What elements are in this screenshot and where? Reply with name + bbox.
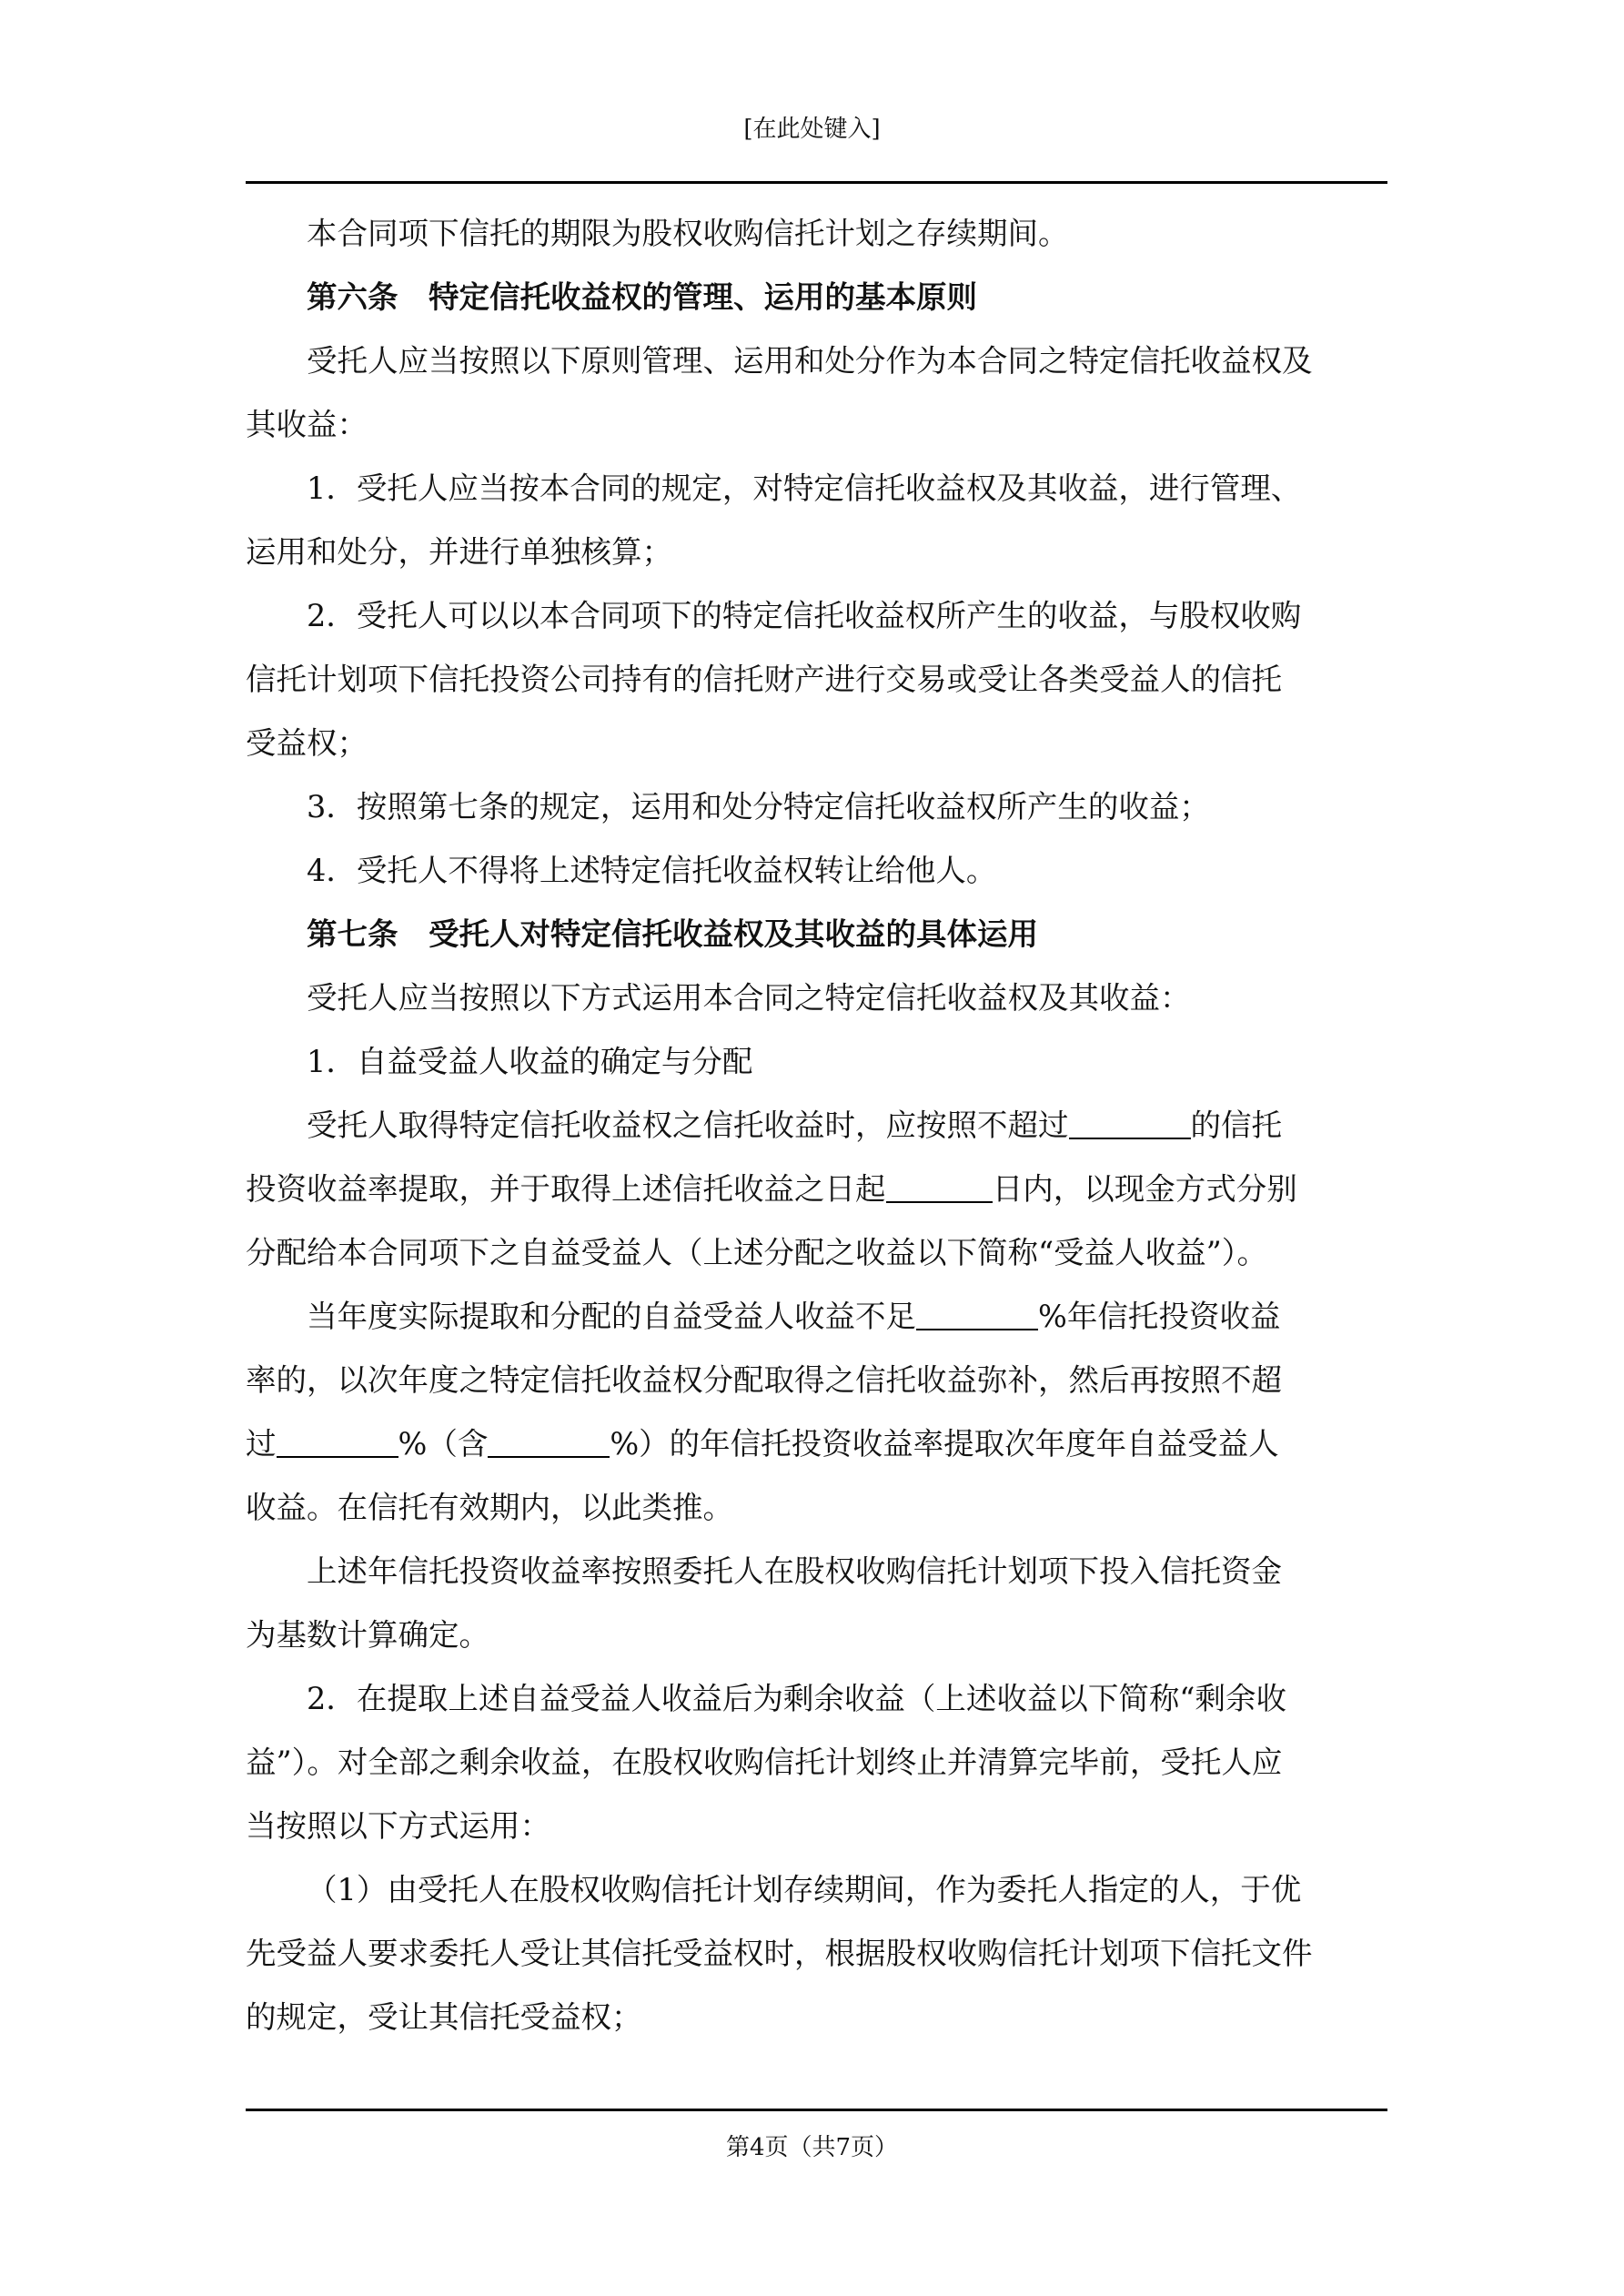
document-body: 本合同项下信托的期限为股权收购信托计划之存续期间。第六条 特定信托收益权的管理、… (246, 202, 1387, 2049)
text-line: 本合同项下信托的期限为股权收购信托计划之存续期间。 (246, 202, 1387, 266)
text-line: 受托人应当按照以下方式运用本合同之特定信托收益权及其收益： (246, 966, 1387, 1030)
paragraph: 3．按照第七条的规定，运用和处分特定信托收益权所产生的收益； (246, 775, 1387, 839)
text-line: 当年度实际提取和分配的自益受益人收益不足%年信托投资收益 (246, 1285, 1387, 1349)
article-heading: 第六条 特定信托收益权的管理、运用的基本原则 (246, 266, 1387, 329)
paragraph: （1）由受托人在股权收购信托计划存续期间，作为委托人指定的人，于优先受益人要求委… (246, 1858, 1387, 2049)
paragraph: 上述年信托投资收益率按照委托人在股权收购信托计划项下投入信托资金为基数计算确定。 (246, 1540, 1387, 1667)
paragraph: 当年度实际提取和分配的自益受益人收益不足%年信托投资收益率的，以次年度之特定信托… (246, 1285, 1387, 1540)
text-line: 当按照以下方式运用： (185, 1795, 1387, 1858)
text-line: 投资收益率提取，并于取得上述信托收益之日起日内，以现金方式分别 (185, 1158, 1387, 1221)
paragraph: 1．受托人应当按本合同的规定，对特定信托收益权及其收益，进行管理、运用和处分，并… (246, 457, 1387, 584)
paragraph: 受托人应当按照以下方式运用本合同之特定信托收益权及其收益： (246, 966, 1387, 1030)
fill-in-blank[interactable] (488, 1426, 610, 1459)
text-line: 为基数计算确定。 (185, 1603, 1387, 1667)
text-line: 受托人取得特定信托收益权之信托收益时，应按照不超过的信托 (246, 1094, 1387, 1158)
text-line: 第六条 特定信托收益权的管理、运用的基本原则 (246, 266, 1387, 329)
text-line: 的规定，受让其信托受益权； (185, 1986, 1387, 2049)
text-line: 2．受托人可以以本合同项下的特定信托收益权所产生的收益，与股权收购 (246, 584, 1387, 648)
text-line: 先受益人要求委托人受让其信托受益权时，根据股权收购信托计划项下信托文件 (185, 1922, 1387, 1986)
footer-divider (246, 2109, 1387, 2111)
paragraph: 受托人应当按照以下原则管理、运用和处分作为本合同之特定信托收益权及其收益： (246, 329, 1387, 457)
paragraph: 2．在提取上述自益受益人收益后为剩余收益（上述收益以下简称“剩余收益”）。对全部… (246, 1667, 1387, 1858)
fill-in-blank[interactable] (886, 1171, 993, 1204)
text-line: 1．受托人应当按本合同的规定，对特定信托收益权及其收益，进行管理、 (246, 457, 1387, 521)
text-line: 3．按照第七条的规定，运用和处分特定信托收益权所产生的收益； (246, 775, 1387, 839)
paragraph: 本合同项下信托的期限为股权收购信托计划之存续期间。 (246, 202, 1387, 266)
text-line: 分配给本合同项下之自益受益人（上述分配之收益以下简称“受益人收益”）。 (185, 1221, 1387, 1285)
page-number: 第4页（共7页） (0, 2129, 1624, 2166)
text-line: 信托计划项下信托投资公司持有的信托财产进行交易或受让各类受益人的信托 (185, 648, 1387, 712)
text-line: 过%（含%）的年信托投资收益率提取次年度年自益受益人 (185, 1412, 1387, 1476)
text-line: 受益权； (185, 712, 1387, 775)
text-line: 受托人应当按照以下原则管理、运用和处分作为本合同之特定信托收益权及 (246, 329, 1387, 393)
text-line: 1．自益受益人收益的确定与分配 (246, 1030, 1387, 1094)
text-line: 4．受托人不得将上述特定信托收益权转让给他人。 (246, 839, 1387, 903)
text-line: 收益。在信托有效期内，以此类推。 (185, 1476, 1387, 1540)
header-divider (246, 181, 1387, 184)
fill-in-blank[interactable] (277, 1426, 398, 1459)
text-line: 上述年信托投资收益率按照委托人在股权收购信托计划项下投入信托资金 (246, 1540, 1387, 1603)
paragraph: 受托人取得特定信托收益权之信托收益时，应按照不超过的信托投资收益率提取，并于取得… (246, 1094, 1387, 1285)
article-heading: 第七条 受托人对特定信托收益权及其收益的具体运用 (246, 903, 1387, 966)
fill-in-blank[interactable] (1069, 1108, 1191, 1140)
paragraph: 1．自益受益人收益的确定与分配 (246, 1030, 1387, 1094)
text-line: 率的，以次年度之特定信托收益权分配取得之信托收益弥补，然后再按照不超 (185, 1349, 1387, 1412)
text-line: 其收益： (185, 393, 1387, 457)
paragraph: 4．受托人不得将上述特定信托收益权转让给他人。 (246, 839, 1387, 903)
page-header: [在此处键入] (0, 111, 1624, 147)
text-line: （1）由受托人在股权收购信托计划存续期间，作为委托人指定的人，于优 (246, 1858, 1387, 1922)
text-line: 第七条 受托人对特定信托收益权及其收益的具体运用 (246, 903, 1387, 966)
text-line: 益”）。对全部之剩余收益，在股权收购信托计划终止并清算完毕前，受托人应 (185, 1731, 1387, 1795)
text-line: 运用和处分，并进行单独核算； (185, 521, 1387, 584)
paragraph: 2．受托人可以以本合同项下的特定信托收益权所产生的收益，与股权收购信托计划项下信… (246, 584, 1387, 775)
text-line: 2．在提取上述自益受益人收益后为剩余收益（上述收益以下简称“剩余收 (246, 1667, 1387, 1731)
fill-in-blank[interactable] (916, 1299, 1038, 1331)
